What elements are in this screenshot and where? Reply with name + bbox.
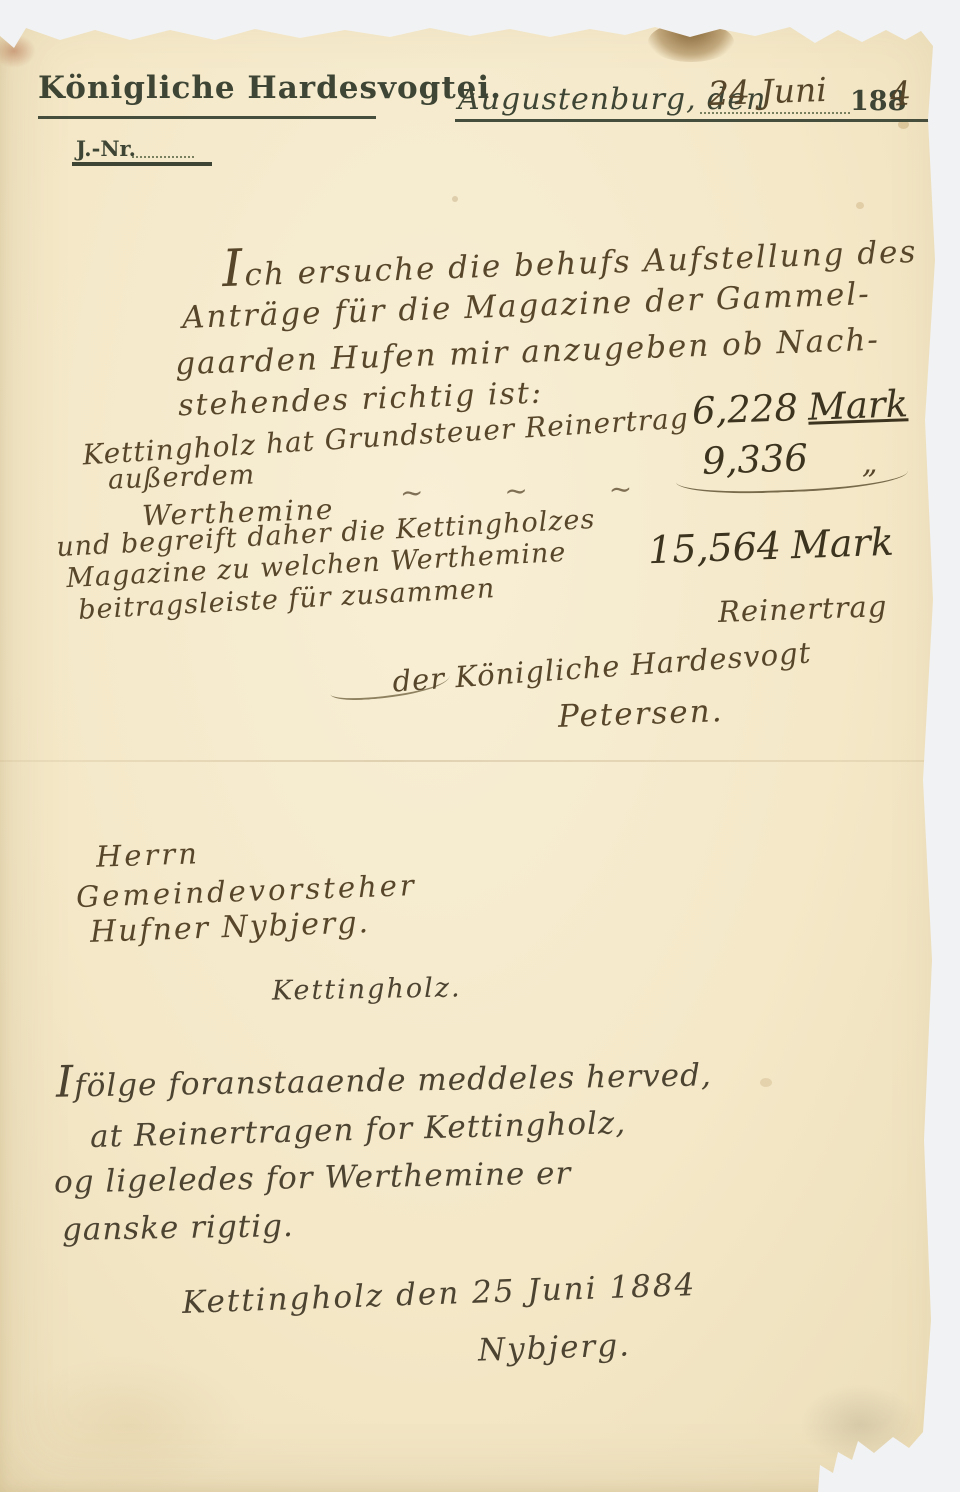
- danish-line: Ifölge foranstaaende meddeles herved,: [56, 1054, 712, 1104]
- water-stain: [14, 1356, 244, 1492]
- place-heading: Kettingholz.: [272, 972, 462, 1006]
- ink-stain: [648, 22, 734, 62]
- torn-edge-tint: [0, 34, 36, 68]
- office-underline: [38, 116, 376, 119]
- entry-label-ausserdem: außerdem: [108, 459, 256, 495]
- foxing-spot: [452, 196, 458, 202]
- journal-number-underline: [72, 162, 212, 166]
- date-dotted-line: [700, 92, 850, 114]
- foxing-spot: [856, 202, 864, 209]
- office-name: Königliche Hardesvogtei.: [38, 70, 502, 106]
- fold-crease: [0, 760, 960, 762]
- signature-petersen: Petersen.: [557, 693, 724, 735]
- date-underline: [455, 119, 933, 122]
- total-value: 15,564: [647, 524, 781, 573]
- scanned-letter-page: Königliche Hardesvogtei. J.-Nr. Augusten…: [0, 0, 960, 1492]
- paper-sheet: Königliche Hardesvogtei. J.-Nr. Augusten…: [0, 0, 960, 1492]
- signature-nybjerg: Nybjerg.: [477, 1327, 631, 1368]
- corner-smudge: [800, 1384, 920, 1464]
- danish-line: at Reinertragen for Kettingholz,: [90, 1105, 627, 1155]
- foxing-spot: [760, 1078, 772, 1087]
- journal-number-label: J.-Nr.: [76, 136, 136, 161]
- signature-title: der Königliche Hardesvogt: [391, 635, 812, 698]
- amount-unit: Mark: [807, 382, 909, 428]
- address-line: Herrn: [95, 836, 200, 874]
- amount-value: 6,228: [691, 386, 798, 433]
- danish-line: og ligeledes for Werthemine er: [54, 1155, 572, 1200]
- danish-dateline: Kettingholz den 25 Juni 1884: [182, 1267, 697, 1321]
- danish-line: ganske rigtig.: [62, 1208, 294, 1248]
- total-unit: Mark: [790, 520, 894, 568]
- ditto-squiggles: ~ ~ ~: [400, 472, 669, 510]
- total-amount: 15,564Mark: [647, 520, 894, 573]
- handwritten-year-digit: 4: [889, 73, 913, 113]
- journal-number-dotted-line: [132, 140, 194, 158]
- amount-underline-curve: [675, 454, 908, 496]
- entry-amount-1: 6,228Mark: [691, 382, 908, 433]
- paper-edge-vignette: [0, 0, 960, 1492]
- total-caption: Reinertrag: [717, 589, 887, 629]
